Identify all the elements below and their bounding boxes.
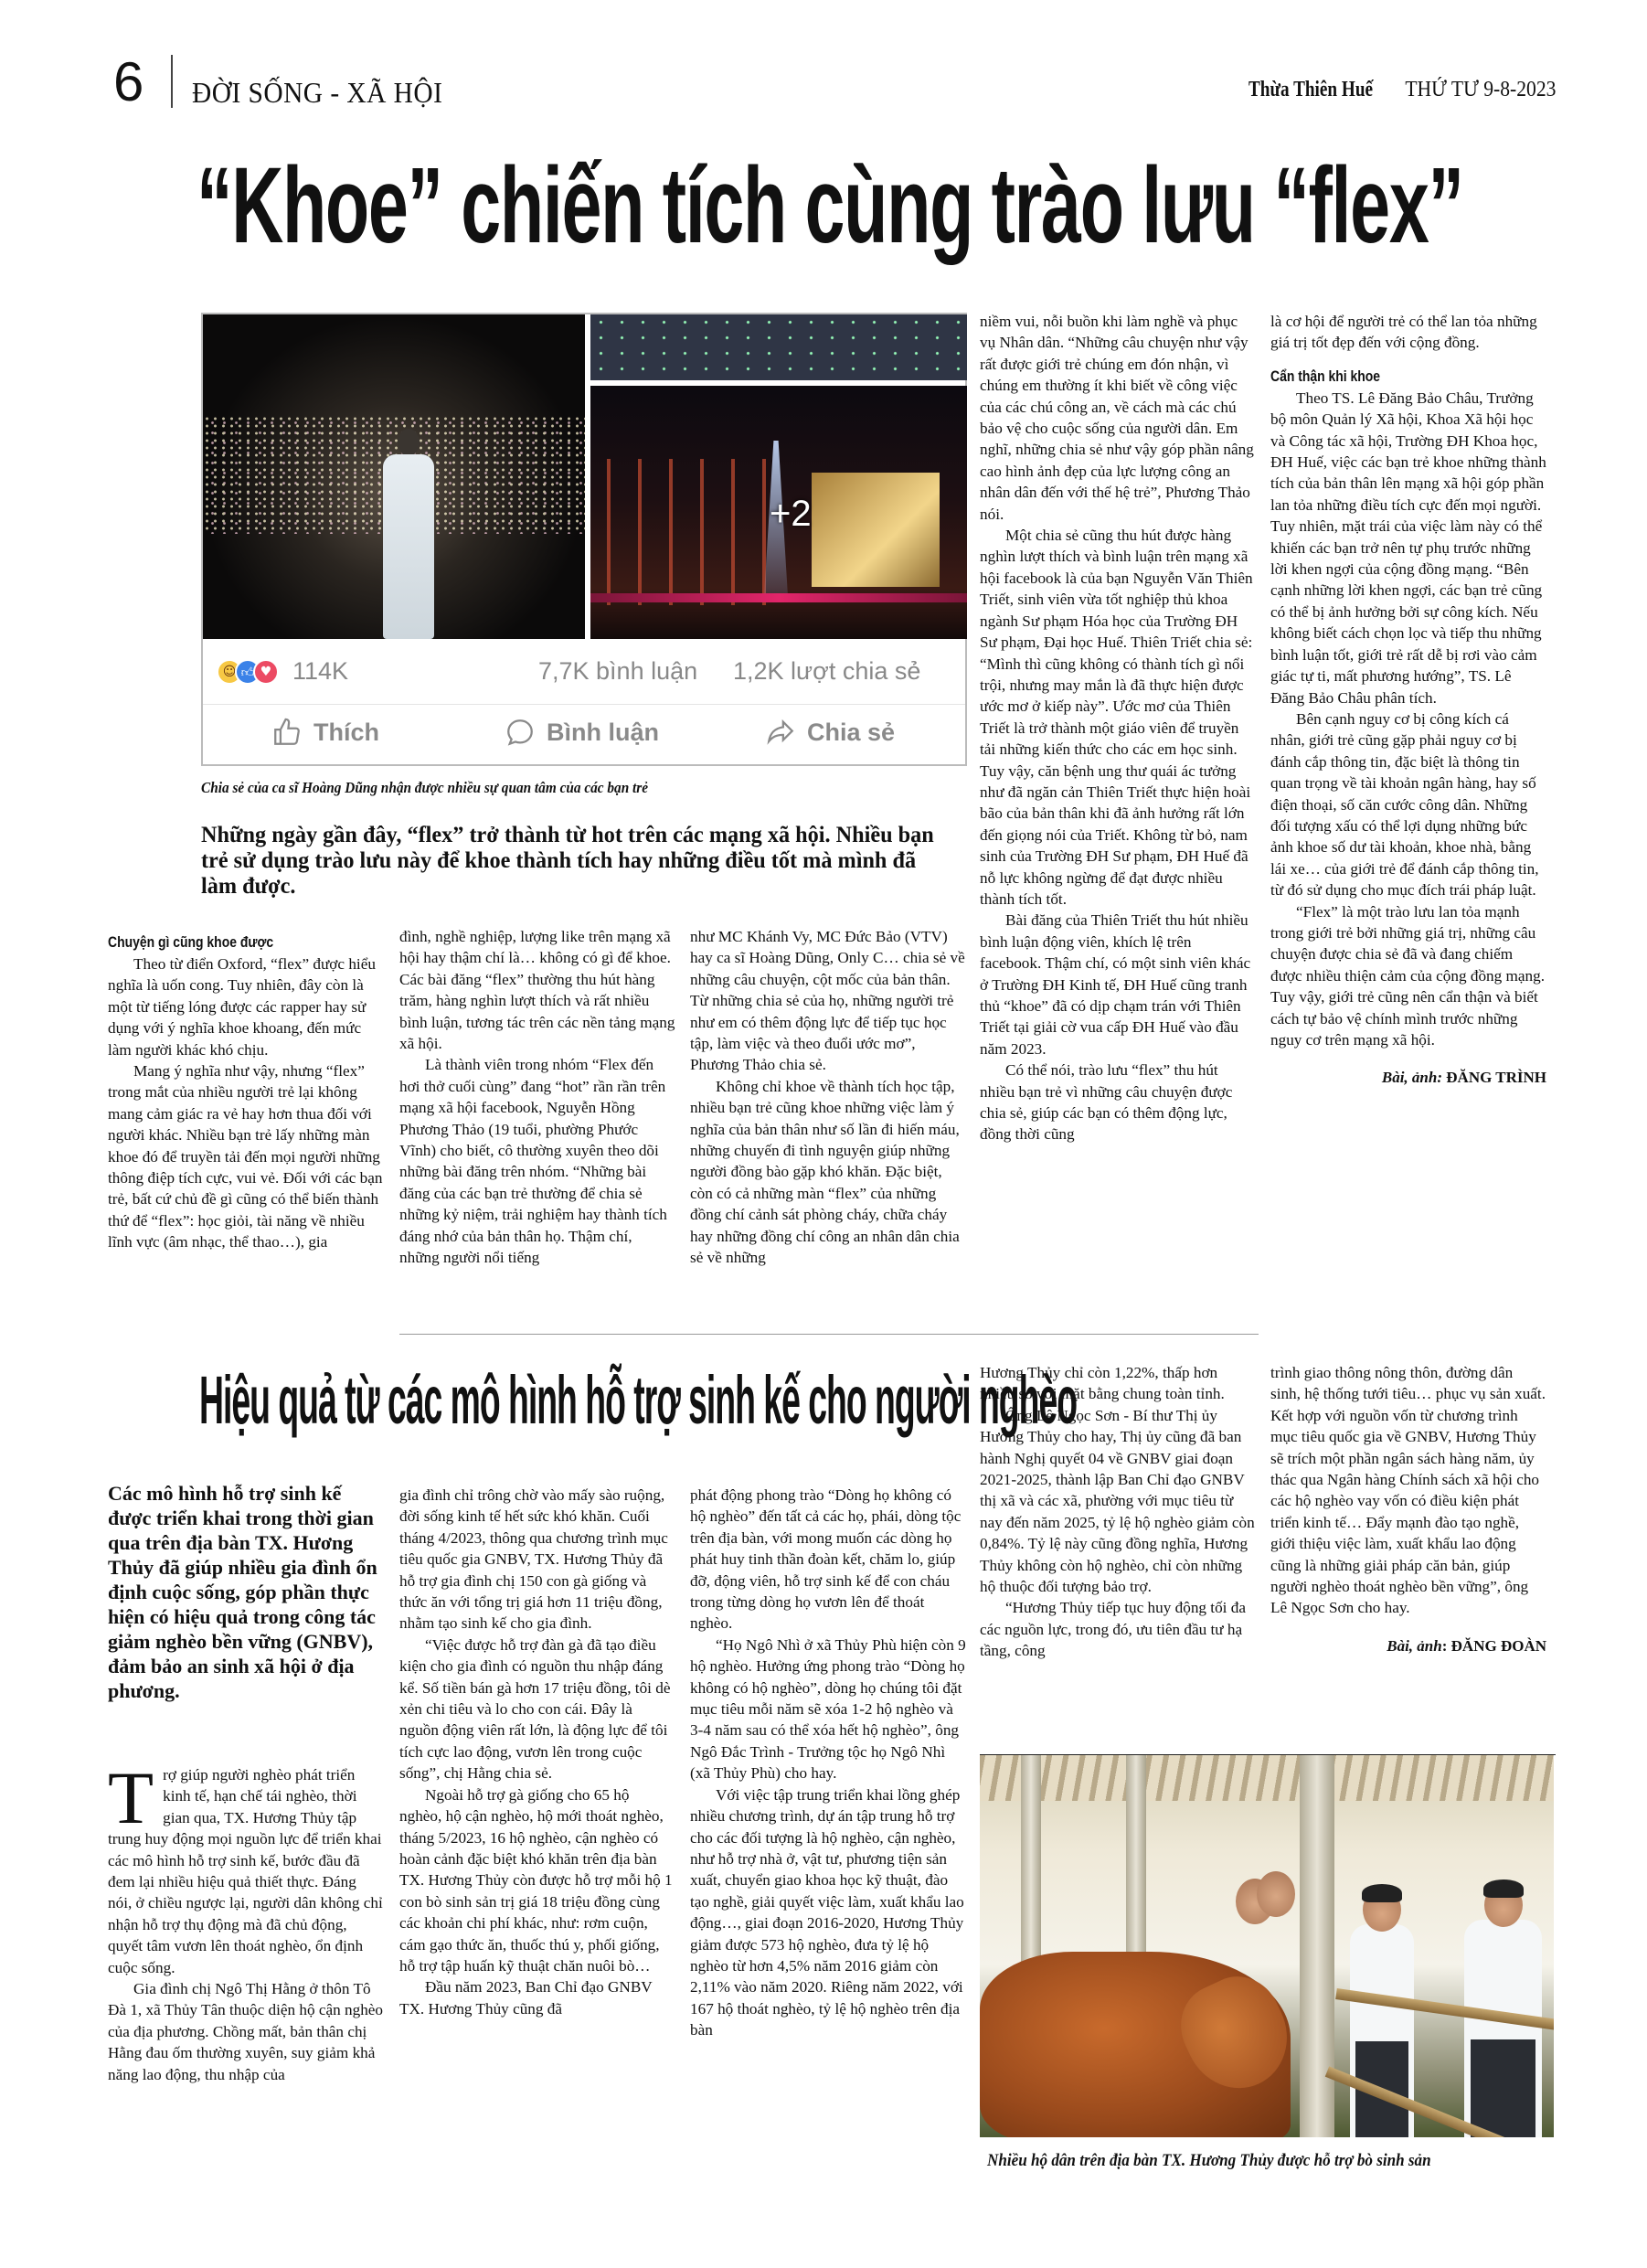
article1-column-3: như MC Khánh Vy, MC Đức Bảo (VTV) hay ca… <box>690 926 966 1269</box>
paragraph: “Việc được hỗ trợ đàn gà đã tạo điều kiệ… <box>399 1634 675 1784</box>
love-icon: ♥ <box>253 659 279 685</box>
paragraph: đình, nghề nghiệp, lượng like trên mạng … <box>399 926 675 1054</box>
masthead: 6 ĐỜI SỐNG - XÃ HỘI Thừa Thiên Huế THỨ T… <box>101 50 1556 114</box>
paragraph: Ngoài hỗ trợ gà giống cho 65 hộ nghèo, h… <box>399 1784 675 1977</box>
article1-sapo: Những ngày gần đây, “flex” trở thành từ … <box>201 823 951 900</box>
drop-cap: T <box>108 1768 154 1828</box>
man-figure <box>1464 1920 1542 2137</box>
paragraph: “Họ Ngô Nhì ở xã Thủy Phù hiện còn 9 hộ … <box>690 1634 966 1784</box>
paragraph: Hương Thủy chỉ còn 1,22%, thấp hơn nhiều… <box>980 1362 1256 1405</box>
paragraph: Theo từ điển Oxford, “flex” được hiểu ng… <box>108 953 384 1060</box>
article2-photo-caption: Nhiều hộ dân trên địa bàn TX. Hương Thủy… <box>987 2151 1431 2171</box>
article2-column-5: trình giao thông nông thôn, đường dân si… <box>1270 1362 1546 1656</box>
paragraph: gia đình chỉ trông chờ vào mấy sào ruộng… <box>399 1485 675 1634</box>
article1-headline: “Khoe” chiến tích cùng trào lưu “flex” <box>197 146 1463 265</box>
article2-sapo: Các mô hình hỗ trợ sinh kế được triển kh… <box>108 1481 382 1703</box>
paragraph: Ông Lê Ngọc Sơn - Bí thư Thị ủy Hương Th… <box>980 1405 1256 1598</box>
paragraph: trình giao thông nông thôn, đường dân si… <box>1270 1362 1546 1619</box>
paragraph: “Hương Thủy tiếp tục huy động tối đa các… <box>980 1597 1256 1661</box>
post-actions: Thích Bình luận Chia sẻ <box>203 708 965 766</box>
article2-column-2: gia đình chỉ trông chờ vào mấy sào ruộng… <box>399 1485 675 2019</box>
article2-column-4: Hương Thủy chỉ còn 1,22%, thấp hơn nhiều… <box>980 1362 1256 1662</box>
paragraph: Trợ giúp người nghèo phát triển kinh tế,… <box>108 1764 384 1978</box>
comment-count: 7,7K bình luận <box>538 657 697 686</box>
paragraph: Là thành viên trong nhóm “Flex đến hơi t… <box>399 1054 675 1268</box>
share-count: 1,2K lượt chia sẻ <box>733 657 920 686</box>
paragraph: Theo TS. Lê Đăng Bảo Châu, Trưởng bộ môn… <box>1270 388 1546 708</box>
paragraph: Không chỉ khoe về thành tích học tập, nh… <box>690 1076 966 1269</box>
paragraph: như MC Khánh Vy, MC Đức Bảo (VTV) hay ca… <box>690 926 966 1076</box>
more-photos-count: +2 <box>770 494 812 535</box>
paragraph: phát động phong trào “Dòng họ không có h… <box>690 1485 966 1634</box>
paragraph: Bên cạnh nguy cơ bị công kích cá nhân, g… <box>1270 708 1546 901</box>
like-button: Thích <box>271 717 379 748</box>
newspaper-name: Thừa Thiên Huế <box>1249 78 1373 102</box>
share-arrow-icon <box>765 717 796 748</box>
cow-photo <box>980 1755 1554 2137</box>
article1-column-5: là cơ hội để người trẻ có thể lan tỏa nh… <box>1270 311 1546 1089</box>
article2-headline: Hiệu quả từ các mô hình hỗ trợ sinh kế c… <box>199 1359 1077 1442</box>
paragraph: Đầu năm 2023, Ban Chỉ đạo GNBV TX. Hương… <box>399 1976 675 2019</box>
article2-column-1: Trợ giúp người nghèo phát triển kinh tế,… <box>108 1764 384 2085</box>
paragraph: là cơ hội để người trẻ có thể lan tỏa nh… <box>1270 311 1546 354</box>
article-divider <box>399 1334 1259 1335</box>
reaction-count: 114K <box>292 657 348 686</box>
article2-byline: Bài, ảnh: ĐĂNG ĐOÀN <box>1270 1635 1546 1656</box>
paragraph: Mang ý nghĩa như vậy, nhưng “flex” trong… <box>108 1060 384 1253</box>
paragraph: Có thể nói, trào lưu “flex” thu hút nhiề… <box>980 1059 1256 1145</box>
article1-byline: Bài, ảnh: ĐĂNG TRÌNH <box>1270 1067 1546 1088</box>
article1-column-2: đình, nghề nghiệp, lượng like trên mạng … <box>399 926 675 1269</box>
paragraph: Với việc tập trung triển khai lồng ghép … <box>690 1784 966 2041</box>
paragraph: niềm vui, nỗi buồn khi làm nghề và phục … <box>980 311 1256 525</box>
share-button: Chia sẻ <box>765 717 895 748</box>
facebook-post-screenshot: +2 ☺ 👍︎ ♥ 114K 7,7K bình luận 1,2K lượt … <box>201 313 967 766</box>
paragraph: Một chia sẻ cũng thu hút được hàng nghìn… <box>980 525 1256 910</box>
issue-date: THỨ TƯ 9-8-2023 <box>1405 78 1556 102</box>
reaction-icons: ☺ 👍︎ ♥ <box>217 659 281 687</box>
singer-figure <box>381 429 436 639</box>
article1-column-4: niềm vui, nỗi buồn khi làm nghề và phục … <box>980 311 1256 1145</box>
masthead-divider <box>171 55 173 108</box>
page-number: 6 <box>113 55 143 110</box>
thumbs-up-icon <box>271 717 303 748</box>
post-stats: ☺ 👍︎ ♥ 114K 7,7K bình luận 1,2K lượt chi… <box>203 639 965 705</box>
section-name: ĐỜI SỐNG - XÃ HỘI <box>192 76 442 110</box>
paragraph: Gia đình chị Ngô Thị Hằng ở thôn Tô Đà 1… <box>108 1978 384 2085</box>
comment-bubble-icon <box>505 717 536 748</box>
concert-photo <box>203 314 585 639</box>
stage-photo: +2 <box>590 386 967 639</box>
paragraph: “Flex” là một trào lưu lan tỏa mạnh tron… <box>1270 901 1546 1051</box>
comment-button: Bình luận <box>505 717 659 748</box>
article1-column-1: Chuyện gì cũng khoe được Theo từ điển Ox… <box>108 932 384 1253</box>
article1-photo-caption: Chia sẻ của ca sĩ Hoàng Dũng nhận được n… <box>201 779 648 797</box>
article1-subhead-1: Chuyện gì cũng khoe được <box>108 932 335 953</box>
article2-column-3: phát động phong trào “Dòng họ không có h… <box>690 1485 966 2041</box>
paragraph: Bài đăng của Thiên Triết thu hút nhiều b… <box>980 910 1256 1059</box>
concert-photo-top <box>590 314 967 380</box>
article1-subhead-2: Cẩn thận khi khoe <box>1270 367 1497 387</box>
